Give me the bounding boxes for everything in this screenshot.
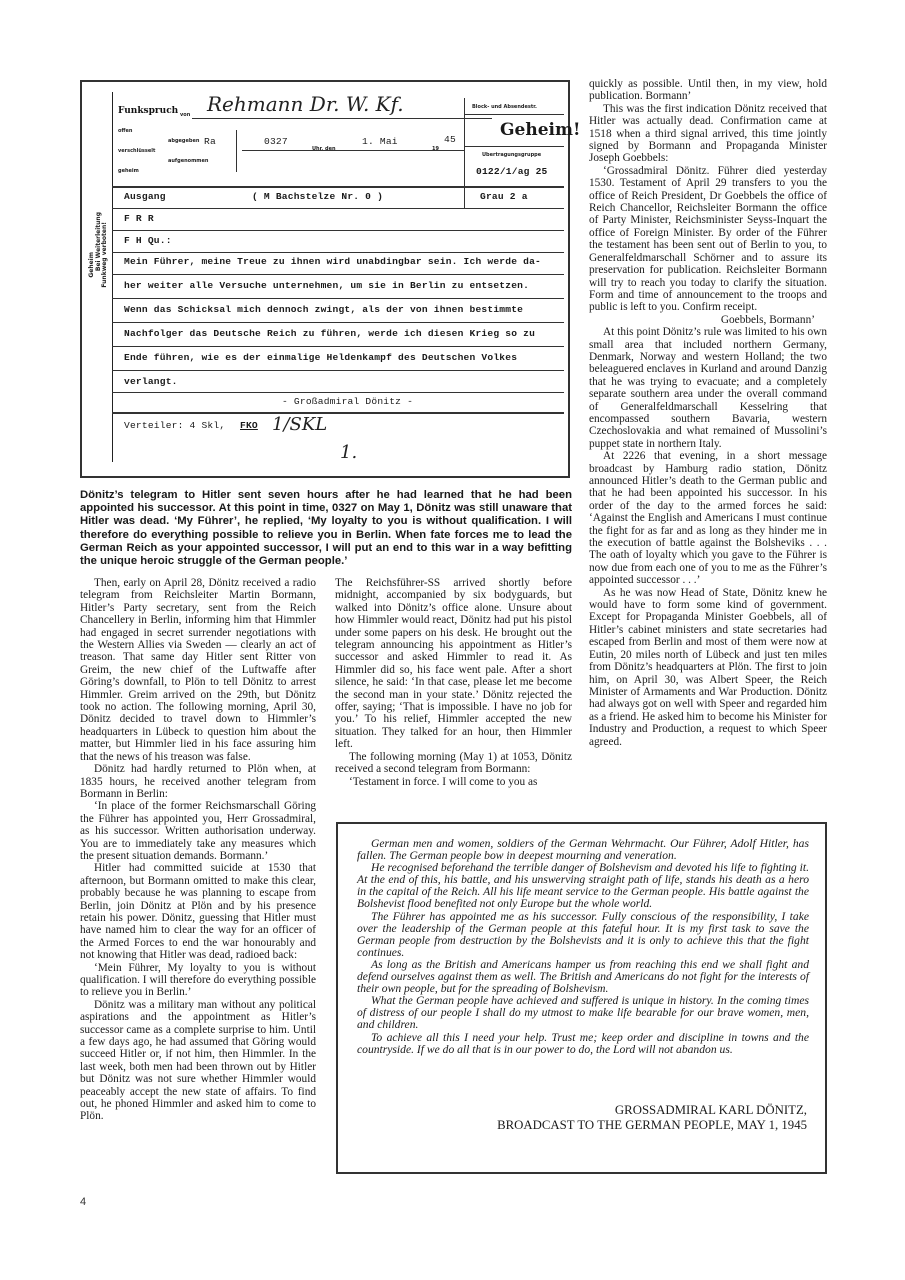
paragraph: Dönitz was a military man without any po… bbox=[80, 999, 316, 1123]
telegram-date: 1. Mai bbox=[362, 136, 398, 147]
column-3: quickly as possible. Until then, in my v… bbox=[589, 78, 827, 748]
paragraph: The following morning (May 1) at 1053, D… bbox=[335, 751, 572, 776]
page-number: 4 bbox=[80, 1196, 86, 1208]
column-2: The Reichsführer-SS arrived shortly befo… bbox=[335, 577, 572, 788]
telegram-time: 0327 bbox=[264, 136, 288, 147]
quote-paragraph: He recognised beforehand the terrible da… bbox=[357, 862, 809, 910]
telegram-figure: Geheim Bei Weiterleitung Funkweg verbote… bbox=[80, 80, 570, 478]
quote-paragraph: The Führer has appointed me as his succe… bbox=[357, 911, 809, 959]
figure-caption: Dönitz’s telegram to Hitler sent seven h… bbox=[80, 489, 572, 568]
paragraph: At 2226 that evening, in a short message… bbox=[589, 450, 827, 586]
paragraph: ‘Mein Führer, My loyalty to you is witho… bbox=[80, 962, 316, 999]
paragraph: Hitler had committed suicide at 1530 tha… bbox=[80, 862, 316, 961]
paragraph: At this point Dönitz’s rule was limited … bbox=[589, 326, 827, 450]
message-line: verlangt. bbox=[124, 376, 178, 387]
telegram-signature: - Großadmiral Dönitz - bbox=[282, 396, 413, 407]
quote-paragraph: What the German people have achieved and… bbox=[357, 995, 809, 1031]
telegram-vertical-note: Geheim Bei Weiterleitung Funkweg verbote… bbox=[86, 212, 108, 342]
telegram-form: Funkspruch von Rehmann Dr. W. Kf. Block-… bbox=[112, 90, 564, 470]
paragraph: quickly as possible. Until then, in my v… bbox=[589, 78, 827, 103]
paragraph: As he was now Head of State, Dönitz knew… bbox=[589, 587, 827, 748]
handwritten-sender: Rehmann Dr. W. Kf. bbox=[207, 92, 404, 116]
broadcast-quote-box: German men and women, soldiers of the Ge… bbox=[336, 822, 827, 1174]
page-mark: 1. bbox=[340, 442, 357, 463]
paragraph: ‘In place of the former Reichsmarschall … bbox=[80, 800, 316, 862]
quote-body: German men and women, soldiers of the Ge… bbox=[357, 838, 809, 1056]
paragraph: ‘Testament in force. I will come to you … bbox=[335, 776, 572, 788]
paragraph: Dönitz had hardly returned to Plön when,… bbox=[80, 763, 316, 800]
quote-attribution: GROSSADMIRAL KARL DÖNITZ, BROADCAST TO T… bbox=[497, 1103, 807, 1133]
quote-paragraph: German men and women, soldiers of the Ge… bbox=[357, 838, 809, 862]
message-line: Nachfolger das Deutsche Reich zu führen,… bbox=[124, 328, 535, 339]
quote-paragraph: As long as the British and Americans ham… bbox=[357, 959, 809, 995]
paragraph: The Reichsführer-SS arrived shortly befo… bbox=[335, 577, 572, 751]
reference-number: 0122/1/ag 25 bbox=[476, 166, 548, 177]
quote-paragraph: To achieve all this I need your help. Tr… bbox=[357, 1032, 809, 1056]
message-line: Ende führen, wie es der einmalige Helden… bbox=[124, 352, 517, 363]
paragraph: ‘Grossadmiral Dönitz. Führer died yester… bbox=[589, 165, 827, 314]
form-label-funkspruch: Funkspruch bbox=[118, 106, 178, 116]
geheim-stamp: Geheim! bbox=[500, 120, 580, 140]
message-line: Wenn das Schicksal mich dennoch zwingt, … bbox=[124, 304, 523, 315]
message-line: Mein Führer, meine Treue zu ihnen wird u… bbox=[124, 256, 541, 267]
paragraph: Then, early on April 28, Dönitz received… bbox=[80, 577, 316, 763]
message-line: her weiter alle Versuche unternehmen, um… bbox=[124, 280, 529, 291]
paragraph: This was the first indication Dönitz rec… bbox=[589, 103, 827, 165]
signature-line: Goebbels, Bormann’ bbox=[589, 314, 827, 326]
column-1: Then, early on April 28, Dönitz received… bbox=[80, 577, 316, 1123]
